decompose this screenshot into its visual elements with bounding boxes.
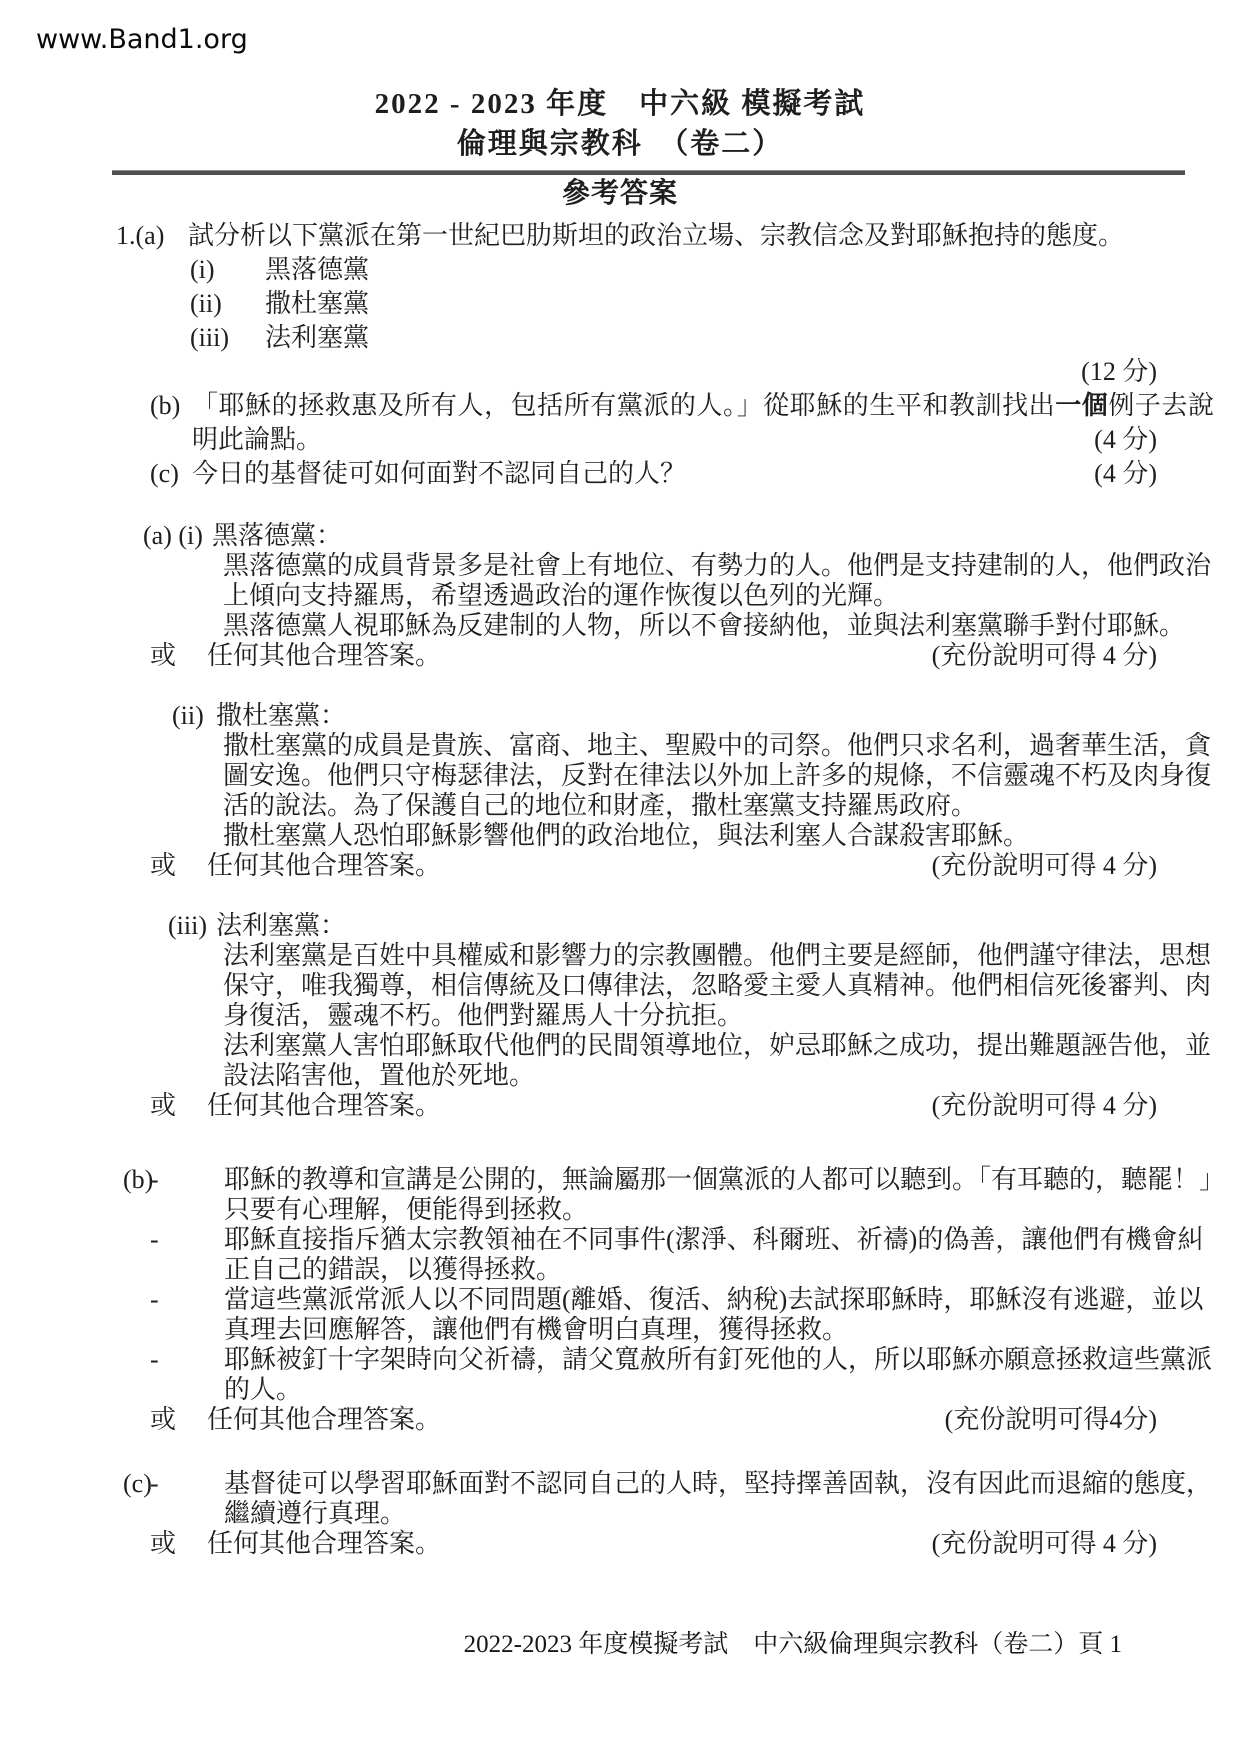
answer-a-iii-heading-row: (iii) 法利塞黨： bbox=[168, 911, 1240, 941]
answer-b-bullet-4: - 耶穌被釘十字架時向父祈禱，請父寬赦所有釘死他的人，所以耶穌亦願意拯救這些黨派… bbox=[0, 1345, 1240, 1405]
page-footer: 2022-2023 年度模擬考試 中六級倫理與宗教科（卷二）頁 1 bbox=[464, 1630, 1122, 1660]
paper-subtitle: 倫理與宗教科 （卷二） bbox=[0, 126, 1240, 162]
answer-a-iii-paragraph-2: 法利塞黨人害怕耶穌取代他們的民間領導地位，妒忌耶穌之成功，提出難題誣告他，並 設… bbox=[223, 1031, 1239, 1091]
answer-c-bullet-1: (c) - 基督徒可以學習耶穌面對不認同自己的人時，堅持擇善固執，沒有因此而退縮… bbox=[0, 1469, 1240, 1529]
answer-a-i-paragraph-1: 黑落德黨的成員背景多是社會上有地位、有勢力的人。他們是支持建制的人，他們政治 上… bbox=[223, 551, 1239, 611]
answer-a-i-heading: 黑落德黨： bbox=[212, 521, 342, 551]
marks-question-1c: (4 分) bbox=[1094, 457, 1157, 491]
answer-a-ii-heading: 撒杜塞黨： bbox=[216, 701, 346, 731]
question-1a-row: 1.(a) 試分析以下黨派在第一世紀巴肋斯坦的政治立場、宗教信念及對耶穌抱持的態… bbox=[0, 219, 1240, 253]
answer-b-label: (b) bbox=[123, 1165, 150, 1225]
answer-a-ii-or-row: 或 任何其他合理答案。 (充份說明可得 4 分) bbox=[150, 851, 1157, 881]
answer-b-or-marks: (充份說明可得4分) bbox=[945, 1405, 1157, 1435]
party-item-i: (i) 黑落德黨 bbox=[0, 253, 1240, 287]
question-1c-label: (c) bbox=[150, 457, 192, 491]
answer-b-bullet-2-text: 耶穌直接指斥猶太宗教領袖在不同事件(潔淨、科爾班、祈禱)的偽善，讓他們有機會糾 … bbox=[224, 1225, 1240, 1285]
answer-a-ii-or-text: 任何其他合理答案。 bbox=[207, 851, 441, 881]
answer-b-bullet-2-dash: - bbox=[150, 1225, 224, 1285]
question-1b-text-bold: 一個 bbox=[1055, 391, 1108, 420]
answer-c-or-label: 或 bbox=[150, 1529, 207, 1559]
answer-c-bullet-1-dash: - bbox=[150, 1469, 224, 1529]
answer-c-label: (c) bbox=[123, 1469, 150, 1529]
answer-a-ii-paragraph-1: 撒杜塞黨的成員是貴族、富商、地主、聖殿中的司祭。他們只求名利，過奢華生活，貪 圖… bbox=[223, 731, 1239, 821]
answer-c-section: (c) - 基督徒可以學習耶穌面對不認同自己的人時，堅持擇善固執，沒有因此而退縮… bbox=[0, 1469, 1240, 1559]
question-1b-label: (b) bbox=[150, 389, 192, 457]
answer-a-iii-or-text: 任何其他合理答案。 bbox=[207, 1091, 441, 1121]
answer-b-bullet-3-text: 當這些黨派常派人以不同問題(離婚、復活、納稅)去試探耶穌時，耶穌沒有逃避，並以 … bbox=[224, 1285, 1240, 1345]
question-section: 1.(a) 試分析以下黨派在第一世紀巴肋斯坦的政治立場、宗教信念及對耶穌抱持的態… bbox=[0, 219, 1240, 491]
answer-a-i-label: (a) (i) bbox=[143, 521, 212, 551]
party-item-iii: (iii) 法利塞黨 bbox=[0, 321, 1240, 355]
question-1a-text: 試分析以下黨派在第一世紀巴肋斯坦的政治立場、宗教信念及對耶穌抱持的態度。 bbox=[188, 219, 1212, 253]
answer-a-iii-or-label: 或 bbox=[150, 1091, 207, 1121]
answer-a-i-or-row: 或 任何其他合理答案。 (充份說明可得 4 分) bbox=[150, 641, 1157, 671]
marks-question-1a: (12 分) bbox=[0, 355, 1240, 389]
answer-c-or-row: 或 任何其他合理答案。 (充份說明可得 4 分) bbox=[150, 1529, 1157, 1559]
question-1b-text-pre: 「耶穌的拯救惠及所有人，包括所有黨派的人。」從耶穌的生平和教訓找出 bbox=[192, 391, 1055, 420]
answer-b-bullet-4-spacer bbox=[123, 1345, 150, 1405]
answer-a-iii-label: (iii) bbox=[168, 911, 216, 941]
answer-a-ii-or-label: 或 bbox=[150, 851, 207, 881]
answer-b-bullet-3-dash: - bbox=[150, 1285, 224, 1345]
answer-a-iii-paragraph-1: 法利塞黨是百姓中具權威和影響力的宗教團體。他們主要是經師，他們謹守律法，思想 保… bbox=[223, 941, 1239, 1031]
answer-a-i-heading-row: (a) (i) 黑落德黨： bbox=[143, 521, 1240, 551]
party-i-name: 黑落德黨 bbox=[265, 253, 369, 287]
party-item-ii: (ii) 撒杜塞黨 bbox=[0, 287, 1240, 321]
question-1c-row: (c) 今日的基督徒可如何面對不認同自己的人？ (4 分) bbox=[150, 457, 1214, 491]
answer-section: (a) (i) 黑落德黨： 黑落德黨的成員背景多是社會上有地位、有勢力的人。他們… bbox=[0, 521, 1240, 1559]
answer-b-bullet-4-text: 耶穌被釘十字架時向父祈禱，請父寬赦所有釘死他的人，所以耶穌亦願意拯救這些黨派 的… bbox=[224, 1345, 1240, 1405]
answer-a-i-or-marks: (充份說明可得 4 分) bbox=[932, 641, 1157, 671]
party-ii-name: 撒杜塞黨 bbox=[265, 287, 369, 321]
answer-b-bullet-2-spacer bbox=[123, 1225, 150, 1285]
answer-a-iii-or-marks: (充份說明可得 4 分) bbox=[932, 1091, 1157, 1121]
answer-key-heading: 參考答案 bbox=[0, 177, 1240, 211]
answer-a-i-or-label: 或 bbox=[150, 641, 207, 671]
answer-b-bullet-2: - 耶穌直接指斥猶太宗教領袖在不同事件(潔淨、科爾班、祈禱)的偽善，讓他們有機會… bbox=[0, 1225, 1240, 1285]
answer-c-bullet-1-text: 基督徒可以學習耶穌面對不認同自己的人時，堅持擇善固執，沒有因此而退縮的態度， 繼… bbox=[224, 1469, 1240, 1529]
answer-c-or-text: 任何其他合理答案。 bbox=[207, 1529, 441, 1559]
answer-b-bullet-1-text: 耶穌的教導和宣講是公開的，無論屬那一個黨派的人都可以聽到。「有耳聽的，聽罷！」 … bbox=[224, 1165, 1240, 1225]
party-i-num: (i) bbox=[190, 253, 265, 287]
exam-answer-sheet: www.Band1.org 2022 - 2023 年度 中六級 模擬考試 倫理… bbox=[0, 0, 1240, 1754]
answer-c-or-marks: (充份說明可得 4 分) bbox=[932, 1529, 1157, 1559]
answer-b-or-row: 或 任何其他合理答案。 (充份說明可得4分) bbox=[150, 1405, 1157, 1435]
answer-a-iii-heading: 法利塞黨： bbox=[216, 911, 346, 941]
marks-question-1b: (4 分) bbox=[1094, 423, 1157, 457]
party-iii-num: (iii) bbox=[190, 321, 265, 355]
answer-a-ii-heading-row: (ii) 撒杜塞黨： bbox=[172, 701, 1240, 731]
answer-a-ii-or-marks: (充份說明可得 4 分) bbox=[932, 851, 1157, 881]
header-divider bbox=[112, 170, 1185, 175]
answer-b-bullet-3: - 當這些黨派常派人以不同問題(離婚、復活、納稅)去試探耶穌時，耶穌沒有逃避，並… bbox=[0, 1285, 1240, 1345]
answer-b-bullet-1: (b) - 耶穌的教導和宣講是公開的，無論屬那一個黨派的人都可以聽到。「有耳聽的… bbox=[0, 1165, 1240, 1225]
question-1c-text: 今日的基督徒可如何面對不認同自己的人？ bbox=[192, 457, 1214, 491]
answer-a-i-paragraph-2: 黑落德黨人視耶穌為反建制的人物，所以不會接納他，並與法利塞黨聯手對付耶穌。 bbox=[223, 611, 1239, 641]
answer-a-i-or-text: 任何其他合理答案。 bbox=[207, 641, 441, 671]
watermark-text: www.Band1.org bbox=[36, 24, 248, 55]
party-iii-name: 法利塞黨 bbox=[265, 321, 369, 355]
answer-b-bullet-3-spacer bbox=[123, 1285, 150, 1345]
answer-a-ii-label: (ii) bbox=[172, 701, 216, 731]
exam-title: 2022 - 2023 年度 中六級 模擬考試 bbox=[0, 86, 1240, 122]
answer-a-ii-paragraph-2: 撒杜塞黨人恐怕耶穌影響他們的政治地位，與法利塞人合謀殺害耶穌。 bbox=[223, 821, 1239, 851]
question-1a-label: 1.(a) bbox=[116, 219, 188, 253]
answer-b-or-label: 或 bbox=[150, 1405, 207, 1435]
answer-b-or-text: 任何其他合理答案。 bbox=[207, 1405, 441, 1435]
question-1b-text: 「耶穌的拯救惠及所有人，包括所有黨派的人。」從耶穌的生平和教訓找出一個例子去說明… bbox=[192, 389, 1214, 457]
answer-a-iii-or-row: 或 任何其他合理答案。 (充份說明可得 4 分) bbox=[150, 1091, 1157, 1121]
answer-b-section: (b) - 耶穌的教導和宣講是公開的，無論屬那一個黨派的人都可以聽到。「有耳聽的… bbox=[0, 1165, 1240, 1435]
answer-b-bullet-1-dash: - bbox=[150, 1165, 224, 1225]
party-ii-num: (ii) bbox=[190, 287, 265, 321]
question-1b-row: (b) 「耶穌的拯救惠及所有人，包括所有黨派的人。」從耶穌的生平和教訓找出一個例… bbox=[150, 389, 1214, 457]
answer-b-bullet-4-dash: - bbox=[150, 1345, 224, 1405]
